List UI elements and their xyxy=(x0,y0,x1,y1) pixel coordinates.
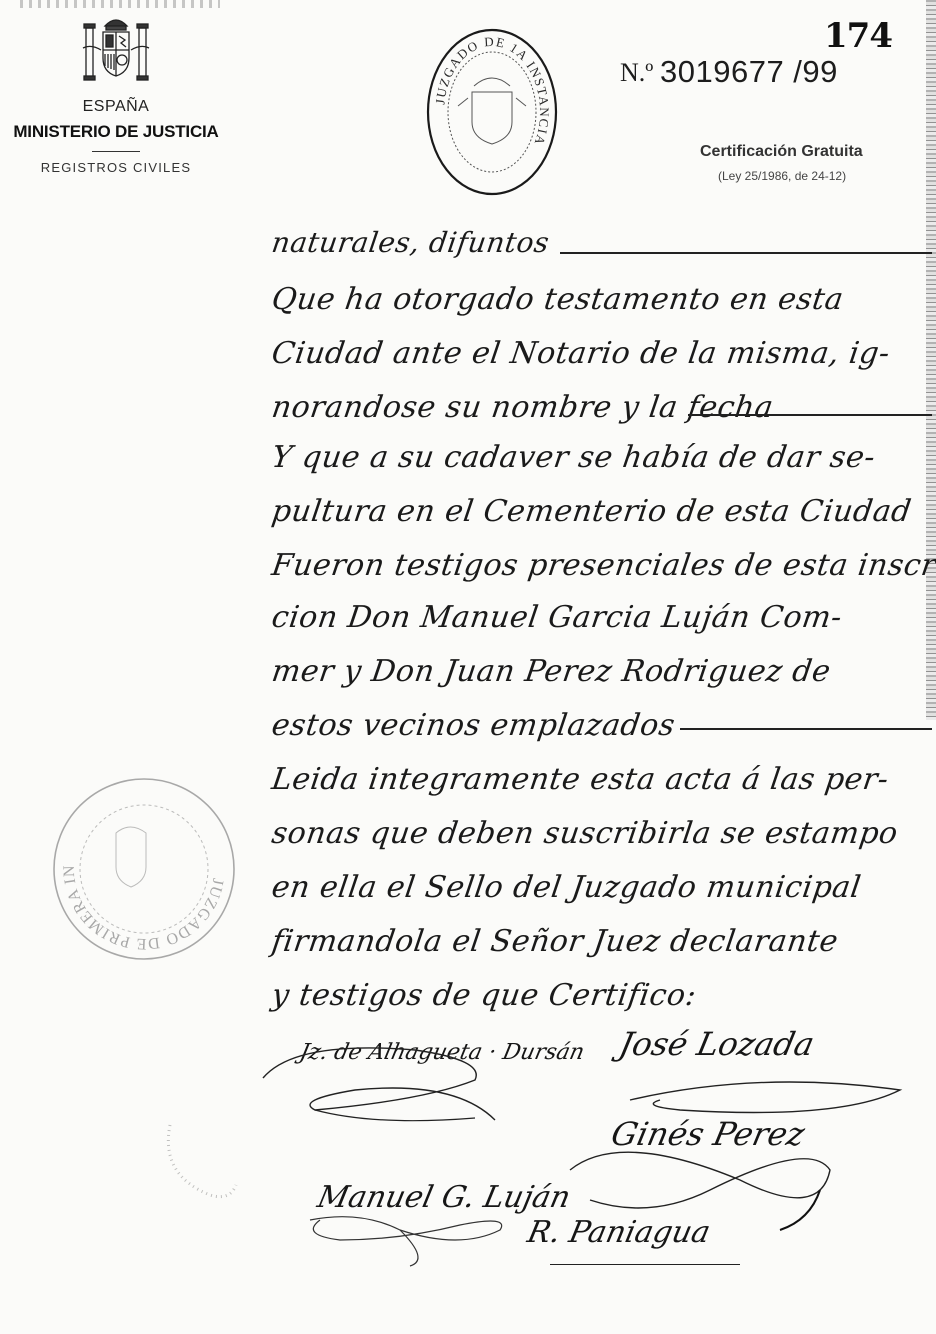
judge-signature: Jz. de Alhagueta · Dursán xyxy=(297,1040,586,1066)
body-line: Y que a su cadaver se había de dar se- xyxy=(270,440,878,475)
declarant-signature: José Lozada xyxy=(616,1025,818,1063)
body-line: sonas que deben suscribirla se estampo xyxy=(270,816,901,851)
svg-text:JUZGADO DE PRIMERA INSTANCIA ·: JUZGADO DE PRIMERA INSTANCIA · REGISTRO … xyxy=(50,775,226,952)
body-line: pultura en el Cementerio de esta Ciudad xyxy=(270,494,914,529)
certificate-page: ESPAÑA MINISTERIO DE JUSTICIA REGISTROS … xyxy=(0,0,936,1334)
body-line: norandose su nombre y la fecha xyxy=(270,390,776,425)
page-edge-shadow xyxy=(926,0,936,720)
line-filler-dash xyxy=(680,728,932,730)
body-line: y testigos de que Certifico: xyxy=(270,978,699,1013)
body-line: Leida integramente esta acta á las per- xyxy=(270,762,891,797)
page-top-smudge xyxy=(20,0,220,8)
court-seal-oval-icon: JUZGADO DE 1A INSTANCIA xyxy=(424,26,560,198)
body-line: cion Don Manuel Garcia Luján Com- xyxy=(270,600,845,635)
department-name: REGISTROS CIVILES xyxy=(0,160,232,175)
witness-2-signature: R. Paniagua xyxy=(524,1215,713,1250)
faint-ink-blot xyxy=(150,1115,250,1215)
country-name: ESPAÑA xyxy=(0,98,232,116)
body-line: estos vecinos emplazados xyxy=(270,708,678,743)
seal-text: JUZGADO DE PRIMERA INSTANCIA · REGISTRO … xyxy=(50,775,226,952)
letterhead-divider xyxy=(92,151,140,152)
body-line: Fueron testigos presenciales de esta ins… xyxy=(270,548,936,583)
ministry-name: MINISTERIO DE JUSTICIA xyxy=(0,122,232,142)
witness-1-signature-flourish xyxy=(300,1210,520,1270)
body-line: firmandola el Señor Juez declarante xyxy=(270,924,841,959)
court-seal-round-icon: JUZGADO DE PRIMERA INSTANCIA · REGISTRO … xyxy=(50,775,238,963)
certificate-title: Certificación Gratuita xyxy=(700,143,863,161)
body-line: en ella el Sello del Juzgado municipal xyxy=(270,870,864,905)
line-filler-dash xyxy=(560,252,932,254)
secretary-signature: Ginés Perez xyxy=(608,1115,808,1153)
body-line: Ciudad ante el Notario de la misma, ig- xyxy=(270,336,893,371)
body-line: mer y Don Juan Perez Rodriguez de xyxy=(270,654,833,689)
body-line: Que ha otorgado testamento en esta xyxy=(270,282,846,317)
certificate-law-reference: (Ley 25/1986, de 24-12) xyxy=(718,169,846,183)
letterhead: ESPAÑA MINISTERIO DE JUSTICIA REGISTROS … xyxy=(0,14,232,175)
line-filler-dash xyxy=(688,414,932,416)
certificate-number: 3019677 /99 xyxy=(660,54,838,90)
folio-number: 174 xyxy=(824,16,892,56)
witness-2-underline xyxy=(550,1264,740,1265)
spanish-coat-of-arms-icon xyxy=(81,14,151,90)
body-line: naturales, difuntos xyxy=(270,226,552,259)
witness-1-signature: Manuel G. Luján xyxy=(314,1180,573,1215)
certificate-number-label: N.º xyxy=(620,58,653,88)
